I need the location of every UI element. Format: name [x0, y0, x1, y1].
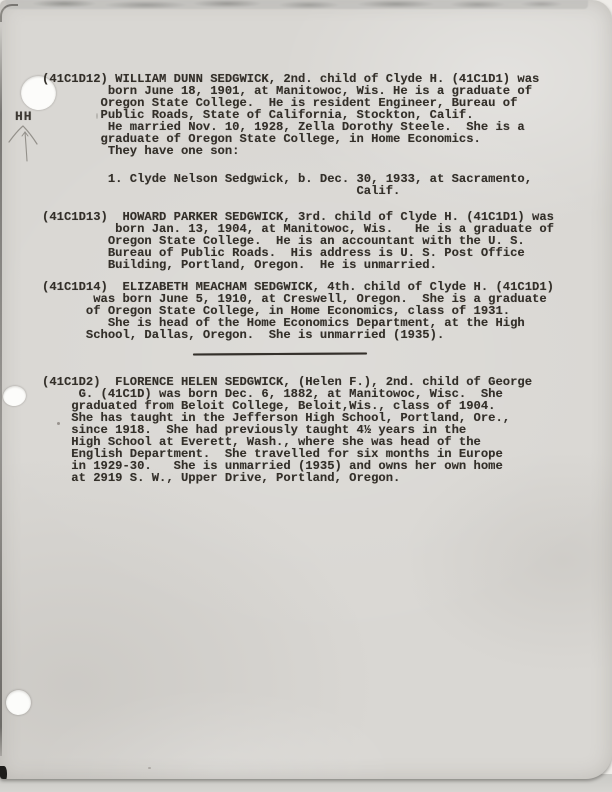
- scan-left-edge: [0, 26, 2, 756]
- text-line: They have one son:: [42, 145, 602, 157]
- paper-speck: [148, 767, 151, 769]
- punch-hole-bottom: [5, 689, 32, 716]
- entry-41C1D2: (41C1D2) FLORENCE HELEN SEDGWICK, (Helen…: [42, 376, 602, 484]
- paper-speck: [96, 113, 98, 119]
- text-line: Calif.: [42, 185, 602, 197]
- scanned-document-page: HH (41C1D12) WILLIAM DUNN SEDGWICK, 2nd.…: [0, 0, 612, 792]
- pencil-up-arrow-annotation: [5, 120, 45, 168]
- text-line: Building, Portland, Oregon. He is unmarr…: [42, 259, 602, 271]
- child-list: 1. Clyde Nelson Sedgwick, b. Dec. 30, 19…: [42, 173, 602, 197]
- text-line: at 2919 S. W., Upper Drive, Portland, Or…: [42, 472, 602, 484]
- scan-edge-mark: [0, 766, 7, 779]
- entry-41C1D12: (41C1D12) WILLIAM DUNN SEDGWICK, 2nd. ch…: [42, 73, 602, 157]
- punch-hole-middle: [1, 384, 27, 408]
- paper-speck: [57, 422, 60, 425]
- typewritten-text: (41C1D12) WILLIAM DUNN SEDGWICK, 2nd. ch…: [42, 73, 602, 484]
- scan-corner-shadow: [0, 4, 18, 22]
- page-top-edge-ghost: [6, 0, 588, 9]
- entry-41C1D13: (41C1D13) HOWARD PARKER SEDGWICK, 3rd. c…: [42, 211, 602, 271]
- entry-41C1D14: (41C1D14) ELIZABETH MEACHAM SEDGWICK, 4t…: [42, 281, 602, 341]
- paper-sheet: HH (41C1D12) WILLIAM DUNN SEDGWICK, 2nd.…: [0, 0, 612, 779]
- text-line: School, Dallas, Oregon. She is unmarried…: [42, 329, 602, 341]
